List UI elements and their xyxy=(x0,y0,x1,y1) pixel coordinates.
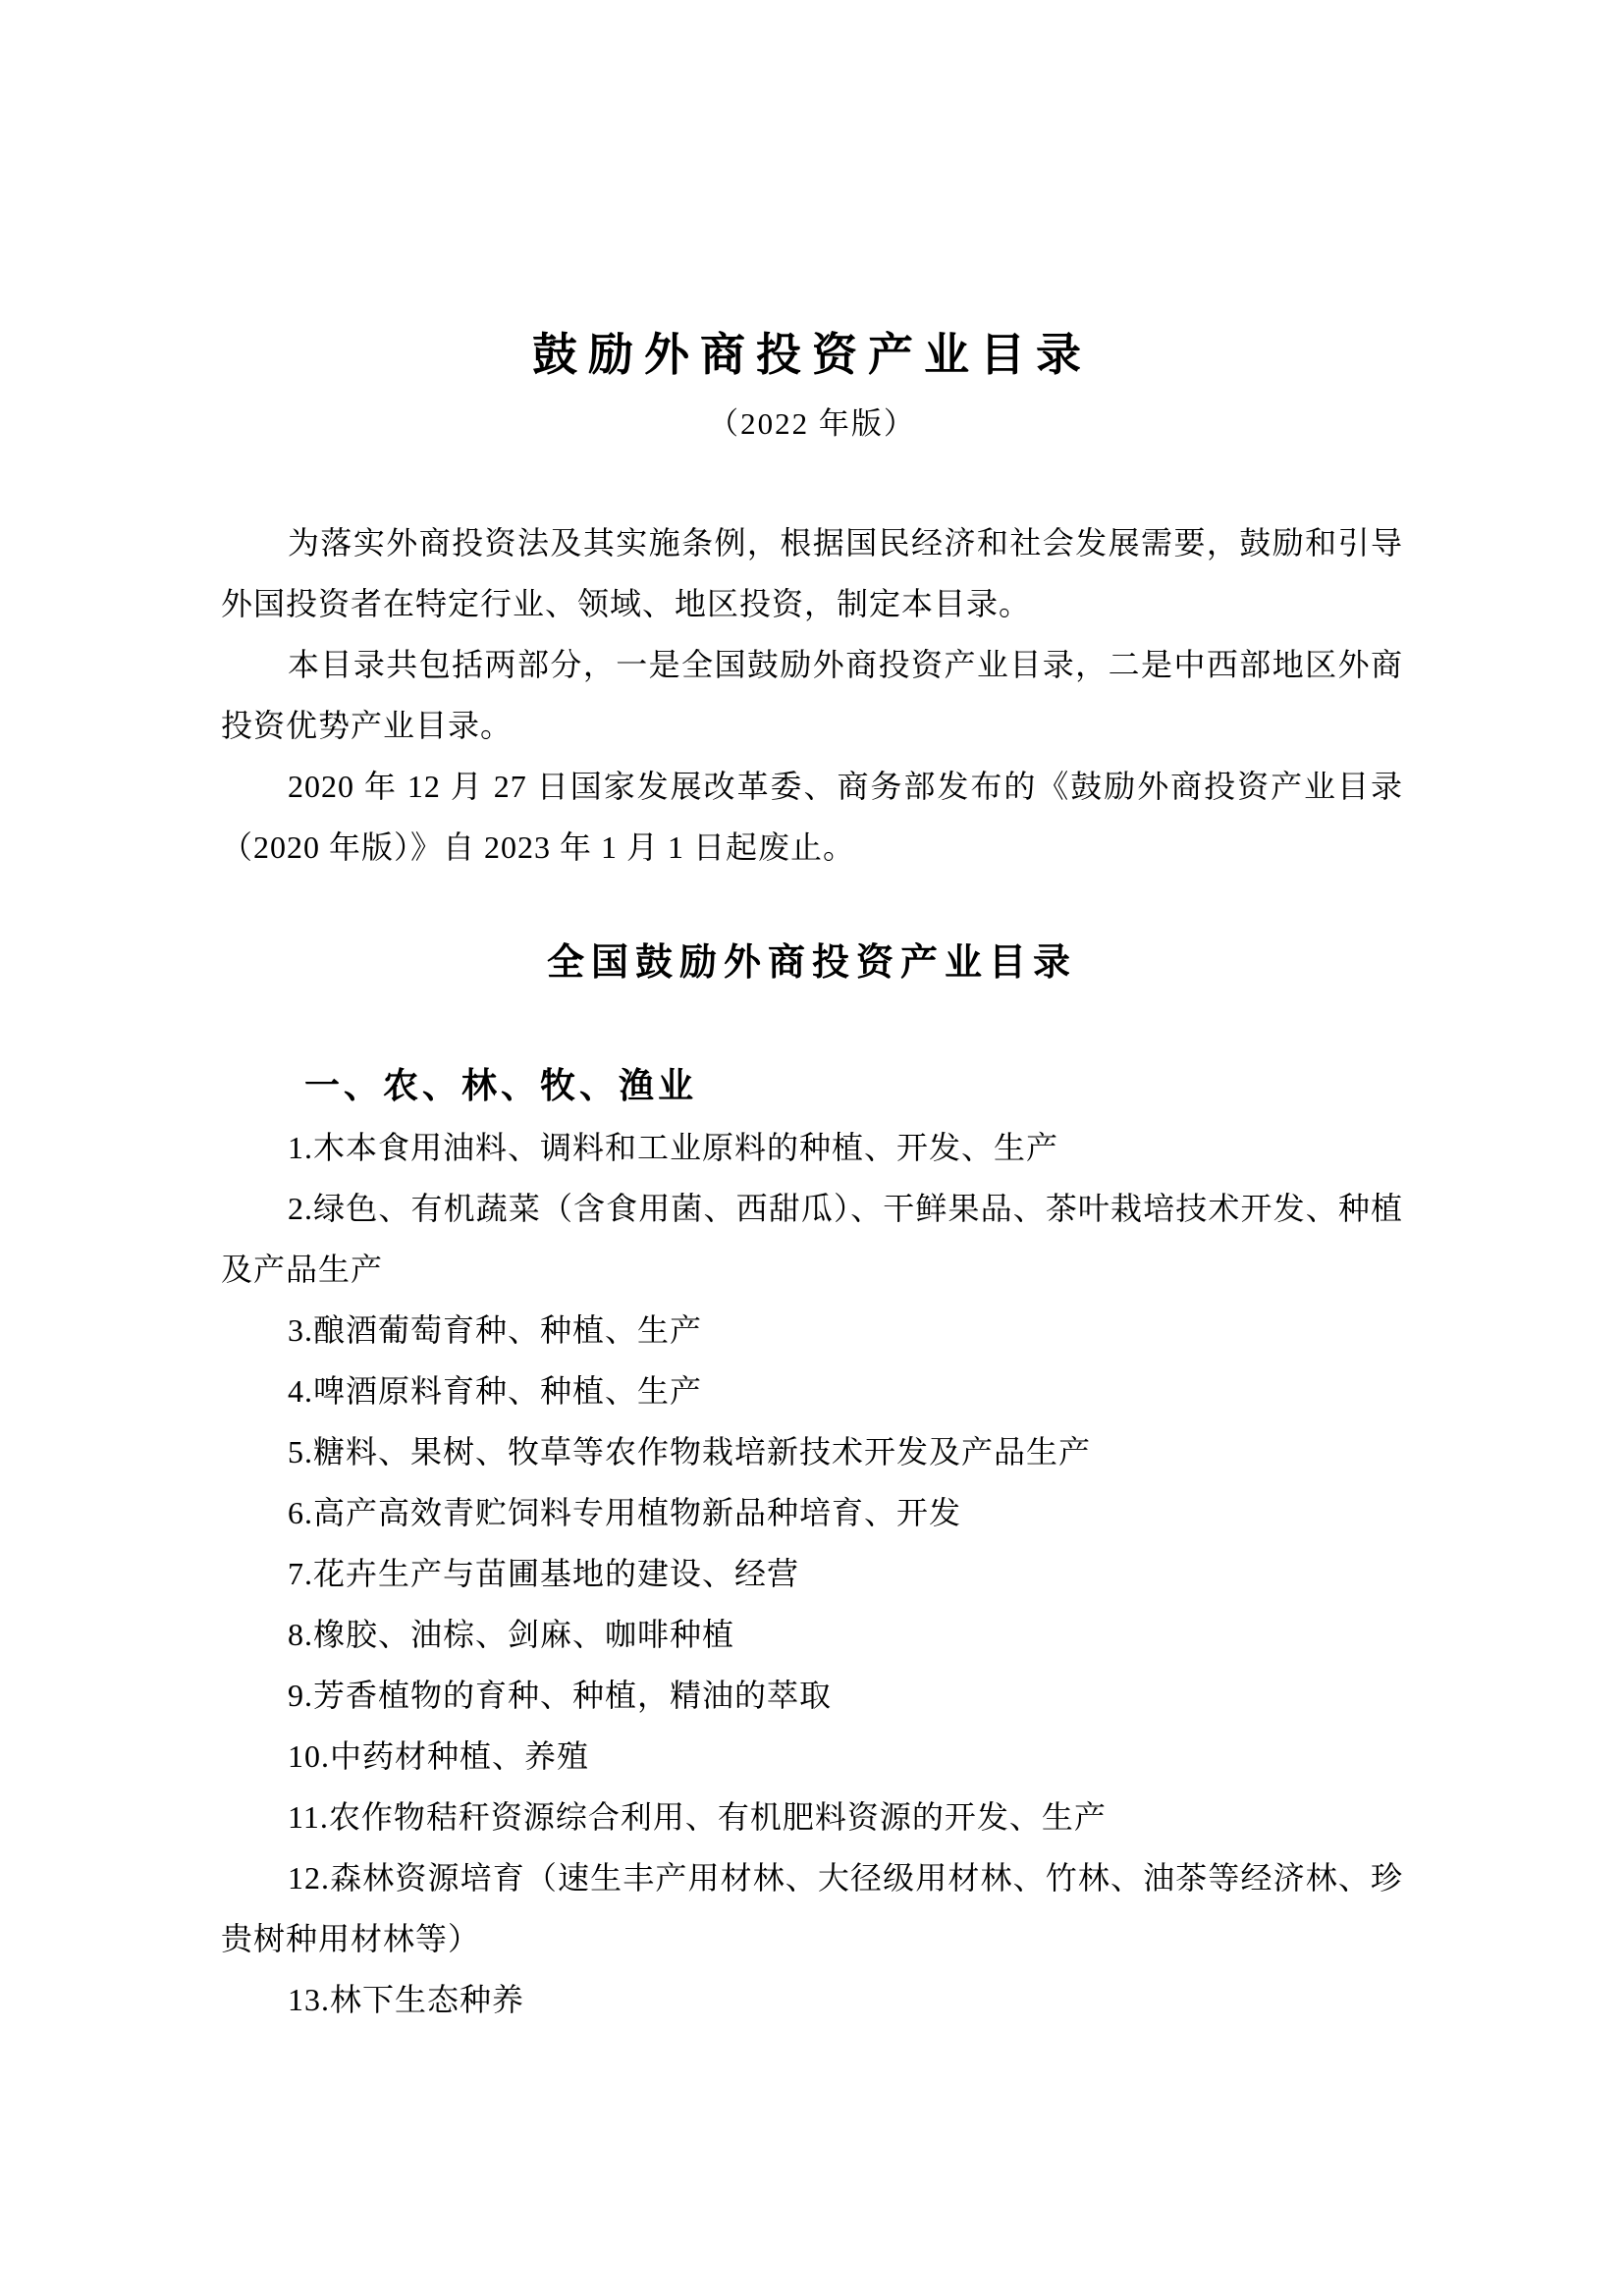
intro-paragraph: 为落实外商投资法及其实施条例，根据国民经济和社会发展需要，鼓励和引导外国投资者在… xyxy=(221,512,1403,634)
list-item: 12.森林资源培育（速生丰产用材林、大径级用材林、竹林、油茶等经济林、珍贵树种用… xyxy=(221,1847,1403,1969)
intro-paragraph: 2020 年 12 月 27 日国家发展改革委、商务部发布的《鼓励外商投资产业目… xyxy=(221,756,1403,878)
list-item: 3.酿酒葡萄育种、种植、生产 xyxy=(221,1300,1403,1361)
list-item: 9.芳香植物的育种、种植，精油的萃取 xyxy=(221,1665,1403,1726)
document-page: 鼓励外商投资产业目录 （2022 年版） 为落实外商投资法及其实施条例，根据国民… xyxy=(0,0,1624,2296)
document-content: 鼓励外商投资产业目录 （2022 年版） 为落实外商投资法及其实施条例，根据国民… xyxy=(0,0,1624,2030)
list-item: 10.中药材种植、养殖 xyxy=(221,1726,1403,1787)
list-item: 8.橡胶、油棕、剑麻、咖啡种植 xyxy=(221,1604,1403,1665)
list-item: 5.糖料、果树、牧草等农作物栽培新技术开发及产品生产 xyxy=(221,1421,1403,1482)
list-item: 2.绿色、有机蔬菜（含食用菌、西甜瓜）、干鲜果品、茶叶栽培技术开发、种植及产品生… xyxy=(221,1178,1403,1300)
list-item: 13.林下生态种养 xyxy=(221,1969,1403,2030)
catalogue-list: 1.木本食用油料、调料和工业原料的种植、开发、生产 2.绿色、有机蔬菜（含食用菌… xyxy=(221,1117,1403,2030)
list-item: 11.农作物秸秆资源综合利用、有机肥料资源的开发、生产 xyxy=(221,1787,1403,1847)
intro-paragraph: 本目录共包括两部分，一是全国鼓励外商投资产业目录，二是中西部地区外商投资优势产业… xyxy=(221,634,1403,756)
section-heading: 全国鼓励外商投资产业目录 xyxy=(221,940,1403,986)
list-item: 4.啤酒原料育种、种植、生产 xyxy=(221,1361,1403,1421)
list-item: 6.高产高效青贮饲料专用植物新品种培育、开发 xyxy=(221,1482,1403,1543)
list-item: 7.花卉生产与苗圃基地的建设、经营 xyxy=(221,1543,1403,1604)
subsection-heading: 一、农、林、牧、渔业 xyxy=(221,1064,1403,1107)
list-item: 1.木本食用油料、调料和工业原料的种植、开发、生产 xyxy=(221,1117,1403,1178)
intro-section: 为落实外商投资法及其实施条例，根据国民经济和社会发展需要，鼓励和引导外国投资者在… xyxy=(221,512,1403,878)
page-subtitle: （2022 年版） xyxy=(221,406,1403,442)
page-title: 鼓励外商投资产业目录 xyxy=(221,0,1403,383)
